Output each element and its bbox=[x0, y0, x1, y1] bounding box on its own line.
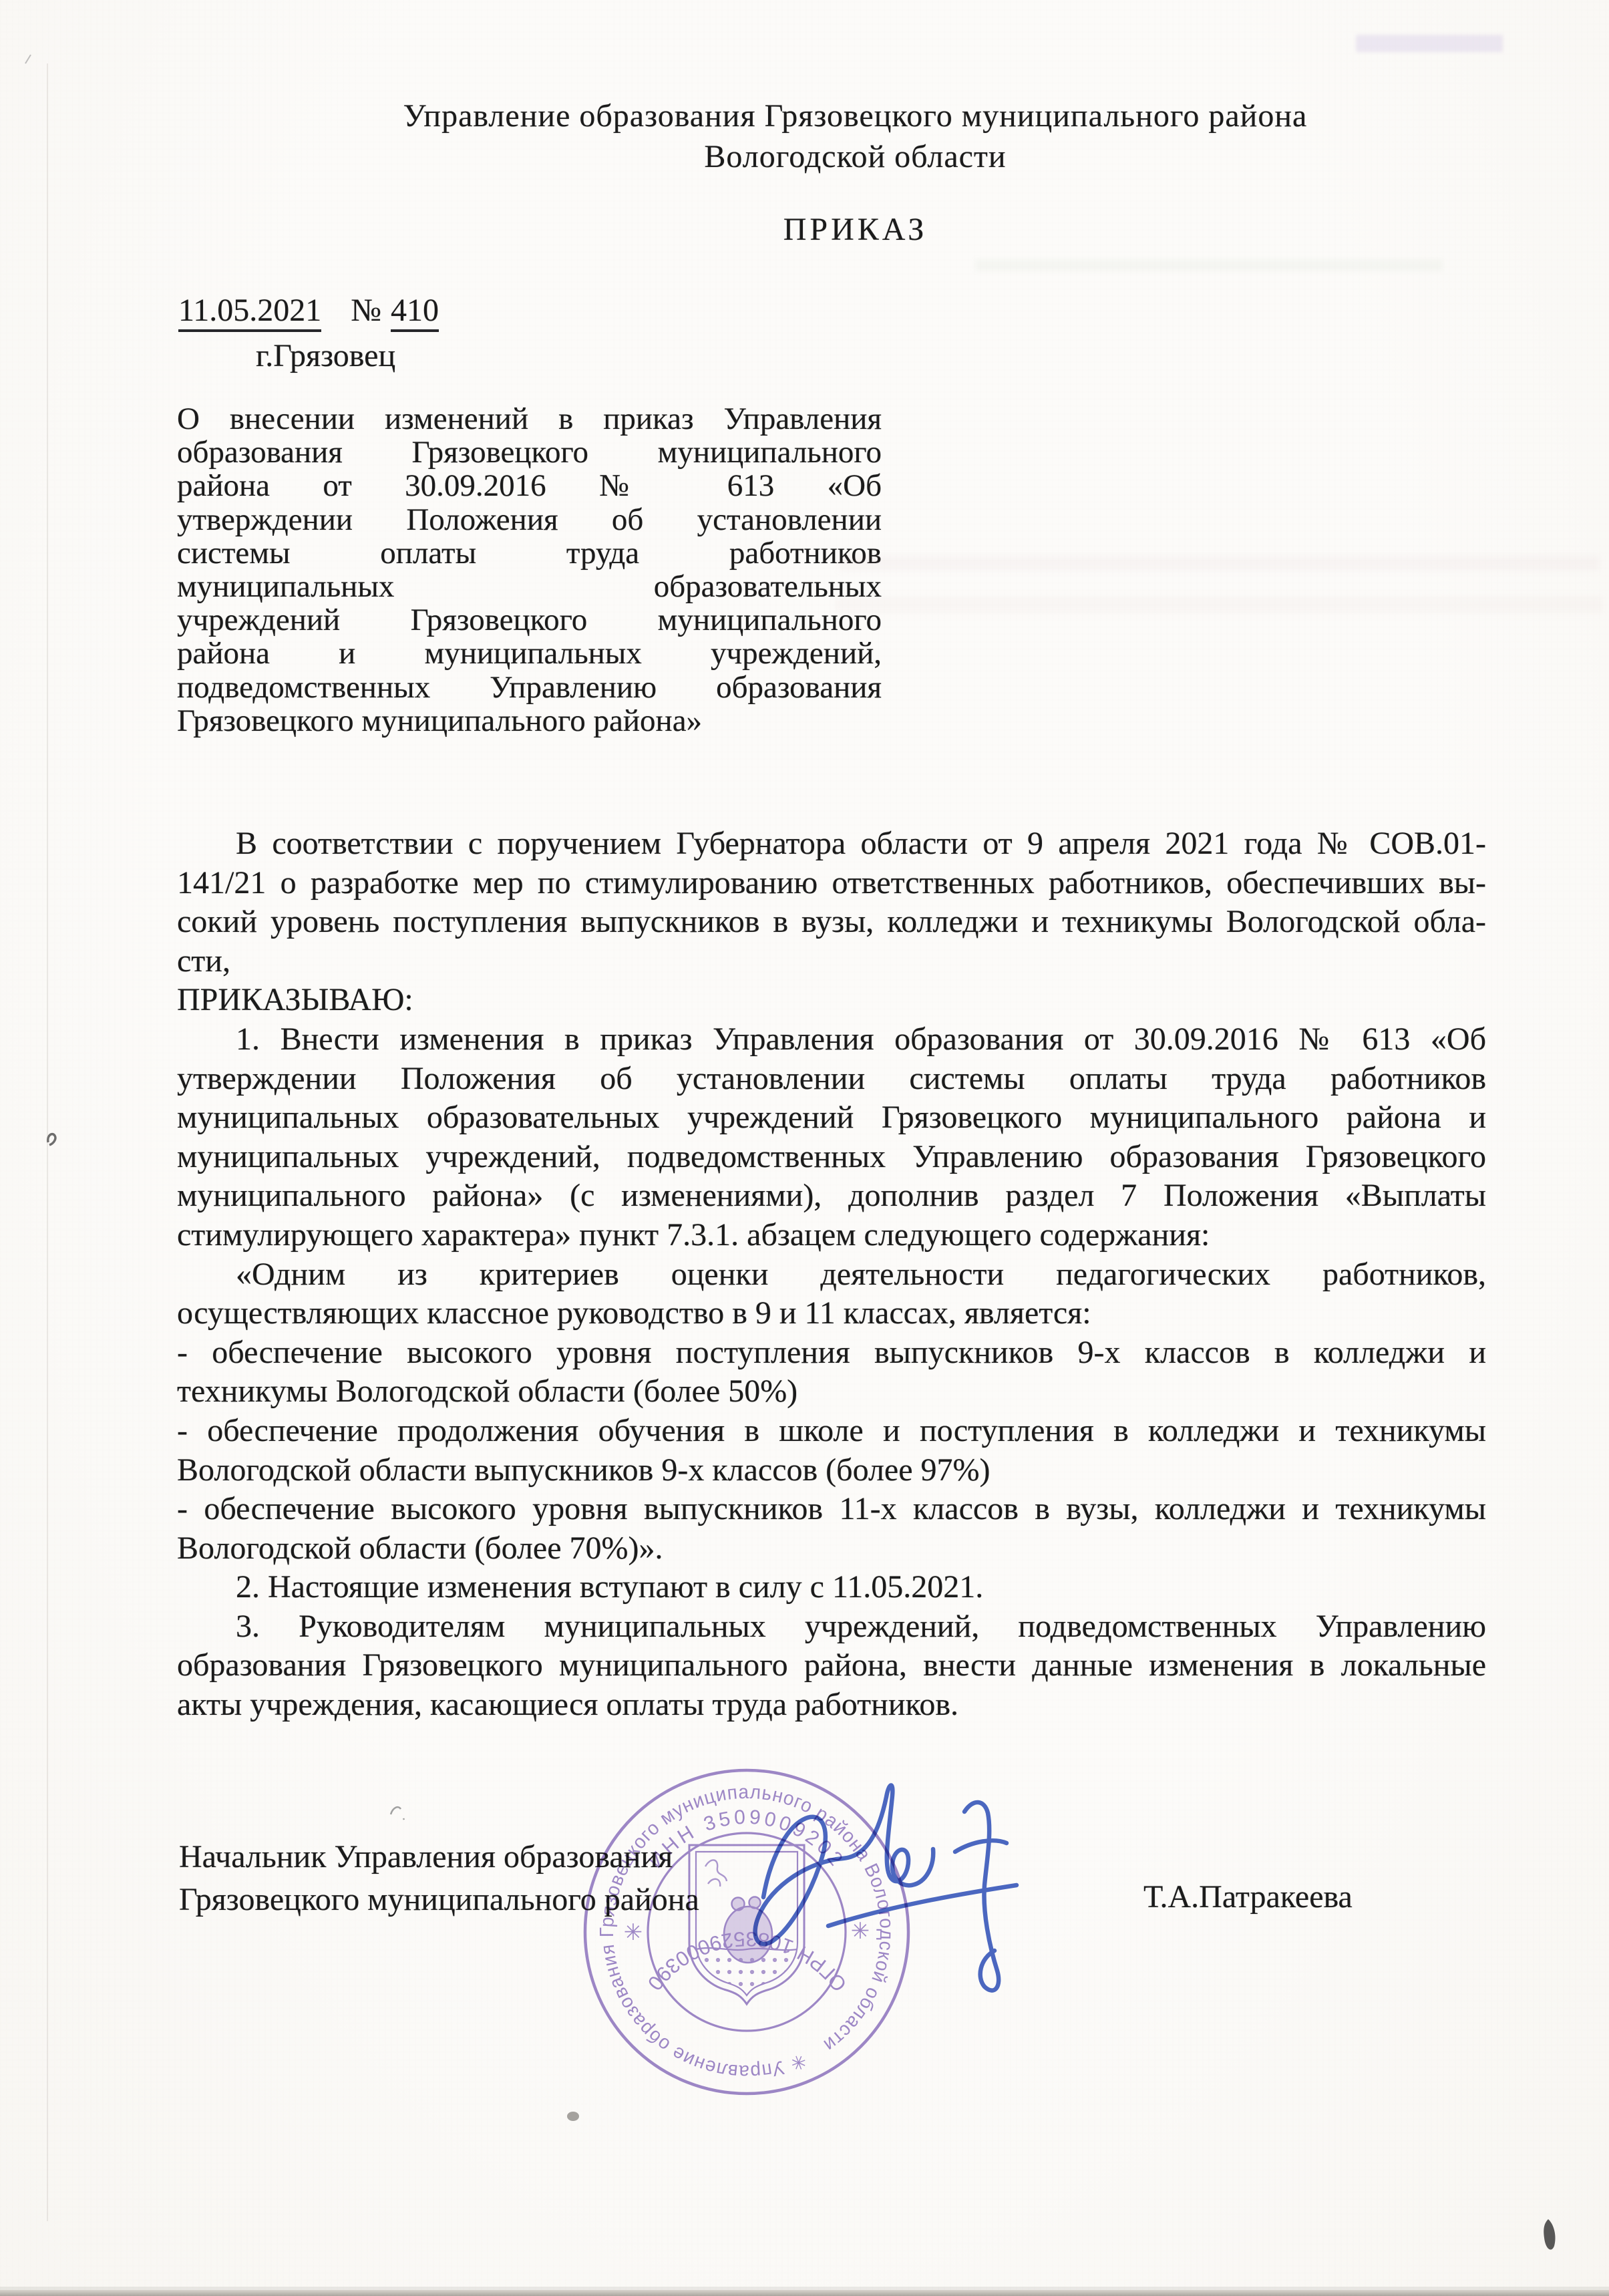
order-date: 11.05.2021 bbox=[178, 293, 321, 332]
subject-line: О внесении изменений в приказ Управления bbox=[177, 402, 882, 436]
body-line: В соответствии с поручением Губернатора … bbox=[177, 824, 1486, 864]
subject-line: Грязовецкого муниципального района» bbox=[177, 704, 882, 737]
signature-second-glyph bbox=[964, 1802, 999, 1991]
body-line: сокий уровень поступления выпускников в … bbox=[177, 903, 1486, 942]
pencil-curl-mark bbox=[391, 1807, 404, 1820]
body-line: сти, bbox=[177, 942, 1486, 981]
subject-line: подведомственных Управлению образования bbox=[177, 671, 882, 704]
subject-line: района от 30.09.2016 № 613 «Об bbox=[177, 469, 882, 502]
body-line: образования Грязовецкого муниципального … bbox=[177, 1646, 1486, 1685]
subject-line: образования Грязовецкого муниципального bbox=[177, 436, 882, 469]
order-number: 410 bbox=[391, 293, 439, 332]
subject-paragraph: О внесении изменений в приказ Управления… bbox=[177, 402, 882, 737]
body-line: осуществляющих классное руководство в 9 … bbox=[177, 1294, 1486, 1333]
subject-line: системы оплаты труда работников bbox=[177, 536, 882, 570]
handwritten-signature bbox=[695, 1737, 1095, 2071]
ghost-smudge-top-right bbox=[1356, 35, 1503, 52]
bottom-right-ink-mark bbox=[1544, 2219, 1555, 2250]
subject-line: учреждений Грязовецкого муниципального bbox=[177, 603, 882, 637]
body-line: 141/21 о разработке мер по стимулировани… bbox=[177, 864, 1486, 903]
signature-crossbar bbox=[955, 1840, 1007, 1852]
body-line: муниципальных учреждений, подведомственн… bbox=[177, 1138, 1486, 1177]
body-line: «Одним из критериев оценки деятельности … bbox=[177, 1255, 1486, 1295]
top-left-scratch-mark bbox=[25, 55, 31, 63]
bottom-scan-edge bbox=[0, 2290, 1609, 2296]
body-line: Вологодской области (более 70%)». bbox=[177, 1529, 1486, 1569]
date-and-number-line: 11.05.2021№410 bbox=[178, 292, 439, 329]
scanner-vertical-hairline bbox=[47, 63, 48, 2221]
body-line: утверждении Положения об установлении си… bbox=[177, 1059, 1486, 1099]
signature-cross-stroke bbox=[828, 1885, 1017, 1926]
body-line: муниципального района» (с изменениями), … bbox=[177, 1176, 1486, 1216]
order-body: В соответствии с поручением Губернатора … bbox=[177, 824, 1486, 1725]
scanned-order-page: Управление образования Грязовецкого муни… bbox=[0, 0, 1609, 2296]
org-name-line1: Управление образования Грязовецкого муни… bbox=[51, 98, 1609, 134]
ghost-band-2 bbox=[838, 556, 1600, 570]
signer-name: Т.А.Патракеева bbox=[1143, 1878, 1353, 1915]
subject-line: утверждении Положения об установлении bbox=[177, 503, 882, 536]
org-name-line2: Вологодской области bbox=[51, 138, 1609, 175]
body-line: - обеспечение высокого уровня поступлени… bbox=[177, 1333, 1486, 1373]
place-name: г.Грязовец bbox=[256, 337, 395, 374]
body-line: ПРИКАЗЫВАЮ: bbox=[177, 981, 1486, 1020]
ghost-band-1 bbox=[975, 259, 1443, 271]
body-line: - обеспечение высокого уровня выпускнико… bbox=[177, 1490, 1486, 1529]
body-line: муниципальных образовательных учреждений… bbox=[177, 1098, 1486, 1138]
left-margin-ink-mark bbox=[48, 1134, 55, 1145]
body-line: техникумы Вологодской области (более 50%… bbox=[177, 1372, 1486, 1412]
body-line: стимулирующего характера» пункт 7.3.1. а… bbox=[177, 1216, 1486, 1255]
document-title: ПРИКАЗ bbox=[51, 211, 1609, 248]
subject-line: района и муниципальных учреждений, bbox=[177, 637, 882, 670]
body-line: 3. Руководителям муниципальных учреждени… bbox=[177, 1607, 1486, 1647]
body-line: - обеспечение продолжения обучения в шко… bbox=[177, 1412, 1486, 1451]
gray-ink-blob bbox=[567, 2112, 579, 2121]
body-line: 2. Настоящие изменения вступают в силу с… bbox=[177, 1568, 1486, 1607]
body-line: акты учреждения, касающиеся оплаты труда… bbox=[177, 1685, 1486, 1725]
subject-line: муниципальных образовательных bbox=[177, 570, 882, 603]
body-line: Вологодской области выпускников 9-х клас… bbox=[177, 1451, 1486, 1490]
ghost-band-3 bbox=[835, 596, 1603, 613]
number-sign: № bbox=[351, 293, 381, 328]
body-line: 1. Внести изменения в приказ Управления … bbox=[177, 1020, 1486, 1059]
stamp-left-star-icon: ✳ bbox=[624, 1920, 643, 1945]
